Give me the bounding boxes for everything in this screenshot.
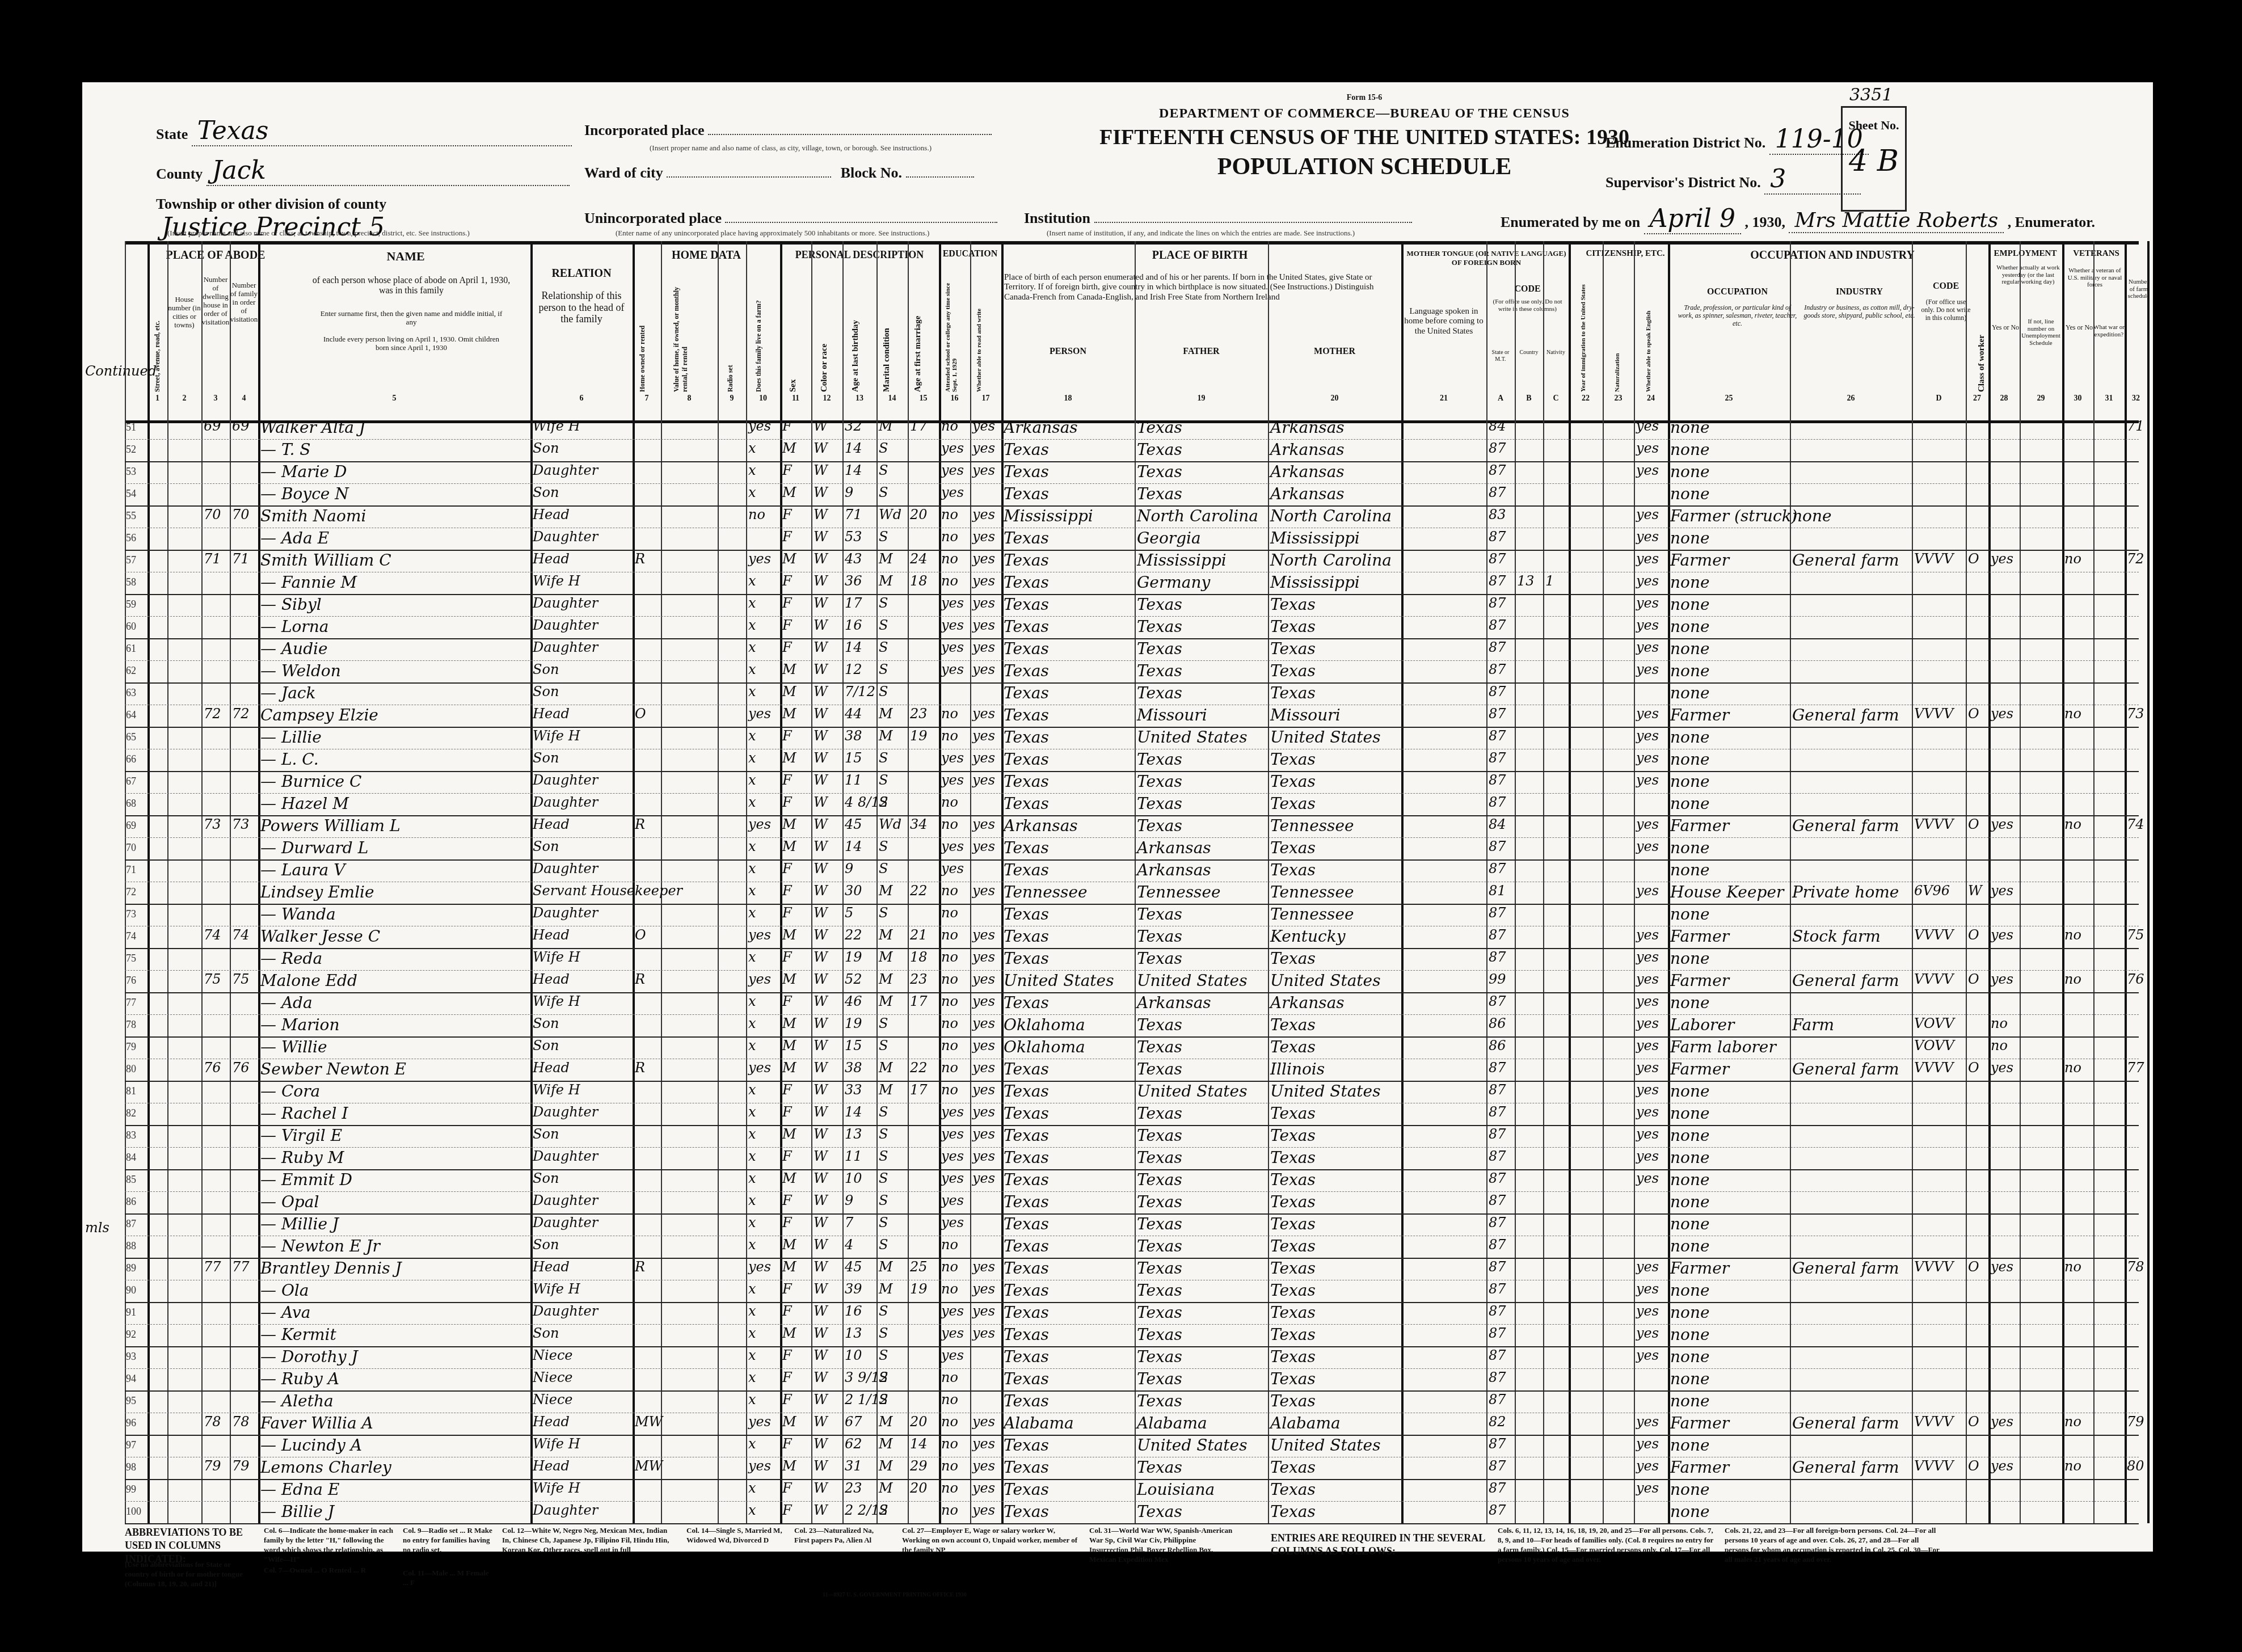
cell-sch: yes bbox=[941, 1148, 964, 1164]
cell-cls: O bbox=[1968, 927, 1979, 943]
cell-rel: Son bbox=[533, 684, 559, 699]
cell-mar: M bbox=[879, 551, 893, 567]
cell-name: Smith Naomi bbox=[260, 507, 366, 525]
cell-occ: none bbox=[1670, 1215, 1710, 1233]
table-row: 58— Fannie MWife HxFW36M18noyesTexasGerm… bbox=[125, 572, 2139, 595]
cell-sch: yes bbox=[941, 661, 964, 677]
cell-fbp: United States bbox=[1137, 728, 1248, 747]
cell-mar: M bbox=[879, 1458, 893, 1474]
cell-sch: no bbox=[941, 1502, 958, 1518]
cell-occ: none bbox=[1670, 529, 1710, 547]
cell-age: 30 bbox=[845, 883, 862, 899]
cell-age: 12 bbox=[845, 661, 862, 677]
cell-bp: Texas bbox=[1004, 1502, 1049, 1521]
cell-vet: no bbox=[2064, 1414, 2081, 1430]
cell-eng: yes bbox=[1636, 462, 1659, 478]
table-row: 91— AvaDaughterxFW16SyesyesTexasTexasTex… bbox=[125, 1302, 2139, 1325]
cell-sch: no bbox=[941, 949, 958, 965]
institution-label: Institution bbox=[1024, 210, 1090, 226]
cell-farm: x bbox=[748, 1369, 756, 1385]
cell-codeA: 87 bbox=[1489, 440, 1506, 456]
table-row: 557070Smith NaomiHeadnoFW71Wd20noyesMiss… bbox=[125, 505, 2139, 528]
cell-name: — Jack bbox=[260, 684, 315, 702]
cell-bp: Texas bbox=[1004, 440, 1049, 459]
cell-farm: yes bbox=[748, 706, 771, 722]
cell-read: yes bbox=[972, 661, 995, 677]
cell-name: — Laura V bbox=[260, 861, 345, 879]
cell-race: W bbox=[814, 1060, 828, 1076]
column-number: 16 bbox=[939, 394, 970, 403]
cell-sex: F bbox=[782, 1480, 792, 1496]
population-table: PLACE OF ABODE NAME RELATION HOME DATA P… bbox=[125, 241, 2139, 1518]
cell-occ: Farmer bbox=[1670, 927, 1729, 946]
cell-read: yes bbox=[972, 529, 995, 545]
cell-sch: yes bbox=[941, 1126, 964, 1142]
cell-read: yes bbox=[972, 1480, 995, 1496]
cell-codeA: 87 bbox=[1489, 728, 1506, 744]
column-number: 25 bbox=[1668, 394, 1790, 403]
line-number: 67 bbox=[126, 776, 136, 787]
cell-name: Walker Alta J bbox=[260, 418, 365, 437]
cell-mbp: Texas bbox=[1270, 1126, 1316, 1145]
column-number-row: 123456789101112131415161718192021ABC2223… bbox=[125, 241, 2139, 411]
cell-farm: x bbox=[748, 750, 756, 766]
cell-name: — Aletha bbox=[260, 1392, 334, 1410]
cell-codeA: 87 bbox=[1489, 750, 1506, 766]
cell-fbp: Texas bbox=[1137, 617, 1182, 636]
cell-fbp: Germany bbox=[1137, 573, 1210, 592]
cell-occ: none bbox=[1670, 1082, 1710, 1101]
cell-rel: Niece bbox=[533, 1347, 573, 1363]
cell-sex: M bbox=[782, 1458, 796, 1474]
sheet-value: 4 B bbox=[1843, 144, 1905, 178]
cell-fbp: Tennessee bbox=[1137, 883, 1221, 901]
cell-sch: no bbox=[941, 816, 958, 832]
column-number: 26 bbox=[1790, 394, 1912, 403]
cell-race: W bbox=[814, 772, 828, 788]
cell-rel: Head bbox=[533, 927, 570, 943]
cell-eng: yes bbox=[1636, 1281, 1659, 1297]
cell-codeA: 87 bbox=[1489, 1237, 1506, 1253]
cell-own: R bbox=[635, 551, 645, 567]
cell-mbp: Texas bbox=[1270, 617, 1316, 636]
cell-ind: none bbox=[1792, 507, 1832, 525]
cell-read: yes bbox=[972, 706, 995, 722]
incorporated-value bbox=[708, 134, 992, 135]
cell-rel: Daughter bbox=[533, 462, 598, 478]
line-number: 68 bbox=[126, 798, 136, 810]
table-row: 516969Walker Alta JWife HyesFW32M17noyes… bbox=[125, 417, 2139, 440]
cell-dw: 72 bbox=[204, 706, 221, 722]
cell-farm: x bbox=[748, 1126, 756, 1142]
cell-ind: General farm bbox=[1792, 1259, 1899, 1278]
cell-rel: Head bbox=[533, 551, 570, 567]
cell-own: O bbox=[635, 927, 646, 943]
line-number: 58 bbox=[126, 576, 136, 588]
cell-vet: no bbox=[2064, 706, 2081, 722]
cell-mbp: Arkansas bbox=[1270, 440, 1345, 459]
cell-fbp: Texas bbox=[1137, 1237, 1182, 1255]
cell-sch: yes bbox=[941, 440, 964, 456]
cell-codeA: 87 bbox=[1489, 1060, 1506, 1076]
cell-occ: Farmer (struck) bbox=[1670, 507, 1798, 525]
cell-read: yes bbox=[972, 728, 995, 744]
line-number: 81 bbox=[126, 1085, 136, 1097]
table-row: 72Lindsey EmlieServant HousekeeperxFW30M… bbox=[125, 882, 2139, 905]
cell-fbp: Texas bbox=[1137, 1369, 1182, 1388]
cell-farm: x bbox=[748, 883, 756, 899]
cell-eng: yes bbox=[1636, 507, 1659, 522]
cell-eng: yes bbox=[1636, 706, 1659, 722]
cell-read: yes bbox=[972, 462, 995, 478]
cell-mar: M bbox=[879, 1082, 893, 1098]
cell-eng: yes bbox=[1636, 1082, 1659, 1098]
table-row: 53— Marie DDaughterxFW14SyesyesTexasTexa… bbox=[125, 461, 2139, 484]
table-row: 70— Durward LSonxMW14SyesyesTexasArkansa… bbox=[125, 837, 2139, 861]
cell-sex: F bbox=[782, 529, 792, 545]
cell-mar: S bbox=[879, 1325, 888, 1341]
cell-sch: no bbox=[941, 728, 958, 744]
cell-occ: none bbox=[1670, 1347, 1710, 1366]
ward-label: Ward of city bbox=[584, 165, 663, 181]
cell-farm: yes bbox=[748, 1060, 771, 1076]
cell-name: Lindsey Emlie bbox=[260, 883, 374, 901]
cell-age: 33 bbox=[845, 1082, 862, 1098]
cell-name: — Fannie M bbox=[260, 573, 357, 592]
entries-title: ENTRIES ARE REQUIRED IN THE SEVERAL COLU… bbox=[1271, 1532, 1486, 1558]
column-number: 5 bbox=[258, 394, 530, 403]
cell-codeA: 99 bbox=[1489, 971, 1506, 987]
cell-dw: 76 bbox=[204, 1060, 221, 1076]
cell-mar: S bbox=[879, 1392, 888, 1407]
cell-farmsch: 78 bbox=[2127, 1259, 2144, 1275]
cell-mbp: Tennessee bbox=[1270, 816, 1354, 835]
cell-mbp: Texas bbox=[1270, 1458, 1316, 1477]
cell-bp: Texas bbox=[1004, 1303, 1049, 1322]
cell-mbp: Tennessee bbox=[1270, 883, 1354, 901]
cell-occ: none bbox=[1670, 418, 1710, 437]
cell-age: 45 bbox=[845, 1259, 862, 1275]
cell-dw: 78 bbox=[204, 1414, 221, 1430]
cell-occ: none bbox=[1670, 794, 1710, 813]
line-number: 59 bbox=[126, 599, 136, 610]
cell-occ: none bbox=[1670, 1303, 1710, 1322]
cell-own: R bbox=[635, 816, 645, 832]
cell-age: 53 bbox=[845, 529, 862, 545]
column-number: 3 bbox=[201, 394, 230, 403]
table-row: 82— Rachel IDaughterxFW14SyesyesTexasTex… bbox=[125, 1103, 2139, 1126]
cell-race: W bbox=[814, 1458, 828, 1474]
cell-race: W bbox=[814, 883, 828, 899]
table-row: 63— JackSonxMW7/12STexasTexasTexas87none bbox=[125, 682, 2139, 705]
cell-codeA: 82 bbox=[1489, 1414, 1506, 1430]
cell-farm: x bbox=[748, 617, 756, 633]
line-number: 79 bbox=[126, 1041, 136, 1053]
cell-mbp: Texas bbox=[1270, 661, 1316, 680]
cell-occ: none bbox=[1670, 1281, 1710, 1300]
cell-fbp: Texas bbox=[1137, 1148, 1182, 1167]
cell-farmsch: 76 bbox=[2127, 971, 2144, 987]
cell-farm: x bbox=[748, 1170, 756, 1186]
cell-eng: yes bbox=[1636, 1126, 1659, 1142]
cell-mbp: Texas bbox=[1270, 1015, 1316, 1034]
line-number: 72 bbox=[126, 886, 136, 898]
cell-codeA: 87 bbox=[1489, 1502, 1506, 1518]
cell-ind: General farm bbox=[1792, 706, 1899, 724]
cell-fbp: Texas bbox=[1137, 639, 1182, 658]
cell-farm: x bbox=[748, 639, 756, 655]
cell-rel: Son bbox=[533, 1015, 559, 1031]
state-value: Texas bbox=[192, 116, 572, 146]
cell-sch: no bbox=[941, 551, 958, 567]
cell-eng: yes bbox=[1636, 949, 1659, 965]
cell-own: O bbox=[635, 706, 646, 722]
abbrev-note: [Use no abbreviations for State or count… bbox=[125, 1560, 255, 1589]
column-number: 27 bbox=[1966, 394, 1988, 403]
cell-sex: F bbox=[782, 1148, 792, 1164]
cell-read: yes bbox=[972, 1015, 995, 1031]
cell-farmsch: 75 bbox=[2127, 927, 2144, 943]
cell-race: W bbox=[814, 1480, 828, 1496]
cell-name: — Emmit D bbox=[260, 1170, 352, 1189]
cell-work: yes bbox=[1991, 551, 2013, 567]
cell-mar: M bbox=[879, 883, 893, 899]
cell-name: Faver Willia A bbox=[260, 1414, 373, 1432]
cell-rel: Head bbox=[533, 706, 570, 722]
cell-farm: no bbox=[748, 507, 765, 522]
cell-eng: yes bbox=[1636, 1347, 1659, 1363]
cell-rel: Daughter bbox=[533, 1104, 598, 1120]
line-number: 51 bbox=[126, 422, 136, 433]
cell-rel: Head bbox=[533, 816, 570, 832]
cell-work: yes bbox=[1991, 971, 2013, 987]
cell-name: — Newton E Jr bbox=[260, 1237, 380, 1255]
census-title: FIFTEENTH CENSUS OF THE UNITED STATES: 1… bbox=[1081, 125, 1648, 150]
cell-mbp: Missouri bbox=[1270, 706, 1341, 724]
cell-fbp: Texas bbox=[1137, 462, 1182, 481]
cell-rel: Daughter bbox=[533, 1502, 598, 1518]
cell-mar: S bbox=[879, 905, 888, 921]
cell-sex: F bbox=[782, 617, 792, 633]
cell-cls: O bbox=[1968, 706, 1979, 722]
cell-race: W bbox=[814, 418, 828, 434]
cell-fbp: United States bbox=[1137, 1082, 1248, 1101]
cell-codeD: VOVV bbox=[1914, 1038, 1954, 1053]
county-value: Jack bbox=[206, 156, 570, 186]
cell-name: — Dorothy J bbox=[260, 1347, 358, 1366]
cell-mar: S bbox=[879, 661, 888, 677]
cell-mar: S bbox=[879, 529, 888, 545]
table-row: 60— LornaDaughterxFW16SyesyesTexasTexasT… bbox=[125, 616, 2139, 639]
cell-bp: Texas bbox=[1004, 1281, 1049, 1300]
cell-sex: F bbox=[782, 1303, 792, 1319]
cell-mbp: United States bbox=[1270, 971, 1381, 990]
table-row: 697373Powers William LHeadRyesMW45Wd34no… bbox=[125, 815, 2139, 838]
column-number: 7 bbox=[633, 394, 661, 403]
cell-race: W bbox=[814, 639, 828, 655]
cell-vet: no bbox=[2064, 1060, 2081, 1076]
cell-cls: O bbox=[1968, 1458, 1979, 1474]
ward-value bbox=[667, 176, 831, 178]
cell-sch: yes bbox=[941, 595, 964, 611]
cell-race: W bbox=[814, 1325, 828, 1341]
cell-sex: F bbox=[782, 1192, 792, 1208]
county-label: County bbox=[156, 166, 203, 182]
cell-sch: yes bbox=[941, 639, 964, 655]
cell-fbp: Texas bbox=[1137, 1392, 1182, 1410]
cell-age: 23 bbox=[845, 1480, 862, 1496]
cell-occ: Farmer bbox=[1670, 706, 1729, 724]
cell-bp: Texas bbox=[1004, 551, 1049, 570]
cell-fbp: Texas bbox=[1137, 816, 1182, 835]
cell-read: yes bbox=[972, 750, 995, 766]
cell-occ: none bbox=[1670, 772, 1710, 791]
cell-eng: yes bbox=[1636, 1303, 1659, 1319]
cell-work: yes bbox=[1991, 883, 2013, 899]
cell-read: yes bbox=[972, 440, 995, 456]
cell-mar: S bbox=[879, 1170, 888, 1186]
cell-occ: none bbox=[1670, 617, 1710, 636]
cell-ind: General farm bbox=[1792, 1458, 1899, 1477]
cell-rel: Daughter bbox=[533, 905, 598, 921]
cell-sch: no bbox=[941, 883, 958, 899]
cell-fam: 78 bbox=[232, 1414, 250, 1430]
cell-eng: yes bbox=[1636, 816, 1659, 832]
cell-codeA: 87 bbox=[1489, 617, 1506, 633]
cell-read: yes bbox=[972, 1502, 995, 1518]
cell-age: 13 bbox=[845, 1126, 862, 1142]
cell-eng: yes bbox=[1636, 440, 1659, 456]
cell-read: yes bbox=[972, 816, 995, 832]
abbrev-col11: Col. 11—Male ... M Female ... F bbox=[403, 1569, 494, 1588]
cell-rel: Daughter bbox=[533, 617, 598, 633]
cell-farmsch: 80 bbox=[2127, 1458, 2144, 1474]
cell-mbp: Texas bbox=[1270, 639, 1316, 658]
cell-bp: Texas bbox=[1004, 1237, 1049, 1255]
cell-farm: x bbox=[748, 1192, 756, 1208]
cell-farm: x bbox=[748, 1502, 756, 1518]
cell-agem: 19 bbox=[910, 1281, 928, 1297]
cell-name: — Lillie bbox=[260, 728, 322, 747]
cell-occ: none bbox=[1670, 440, 1710, 459]
cell-mbp: Texas bbox=[1270, 595, 1316, 614]
cell-occ: none bbox=[1670, 949, 1710, 968]
line-number: 75 bbox=[126, 953, 136, 964]
cell-read: yes bbox=[972, 1259, 995, 1275]
cell-age: 62 bbox=[845, 1436, 862, 1452]
cell-fbp: North Carolina bbox=[1137, 507, 1258, 525]
column-number: D bbox=[1912, 394, 1966, 403]
cell-occ: none bbox=[1670, 573, 1710, 592]
cell-race: W bbox=[814, 1170, 828, 1186]
cell-name: Campsey Elzie bbox=[260, 706, 378, 724]
cell-occ: none bbox=[1670, 1436, 1710, 1455]
cell-name: — Virgil E bbox=[260, 1126, 342, 1145]
cell-mar: S bbox=[879, 750, 888, 766]
cell-agem: 17 bbox=[910, 418, 928, 434]
cell-codeA: 87 bbox=[1489, 684, 1506, 699]
cell-age: 14 bbox=[845, 1104, 862, 1120]
cell-bp: Texas bbox=[1004, 484, 1049, 503]
cell-name: Lemons Charley bbox=[260, 1458, 391, 1477]
state-label: State bbox=[156, 126, 188, 142]
cell-age: 38 bbox=[845, 728, 862, 744]
cell-bp: Texas bbox=[1004, 750, 1049, 769]
cell-race: W bbox=[814, 861, 828, 876]
cell-eng: yes bbox=[1636, 971, 1659, 987]
cell-bp: Mississippi bbox=[1004, 507, 1093, 525]
cell-codeA: 87 bbox=[1489, 1480, 1506, 1496]
cell-bp: Texas bbox=[1004, 639, 1049, 658]
column-number: 8 bbox=[661, 394, 718, 403]
cell-codeA: 87 bbox=[1489, 1303, 1506, 1319]
table-row: 87— Millie JDaughterxFW7SyesTexasTexasTe… bbox=[125, 1213, 2139, 1236]
abbrev-col31: Col. 31—World War WW, Spanish-American W… bbox=[1089, 1526, 1237, 1565]
cell-bp: Texas bbox=[1004, 1392, 1049, 1410]
cell-age: 10 bbox=[845, 1170, 862, 1186]
cell-farm: yes bbox=[748, 1458, 771, 1474]
table-row: 987979Lemons CharleyHeadMWyesMW31M29noye… bbox=[125, 1457, 2139, 1480]
cell-fbp: Alabama bbox=[1137, 1414, 1207, 1432]
cell-rel: Wife H bbox=[533, 418, 580, 434]
cell-occ: none bbox=[1670, 484, 1710, 503]
institution-field: Institution bbox=[1024, 210, 1412, 227]
cell-farm: x bbox=[748, 484, 756, 500]
table-row: 85— Emmit DSonxMW10SyesyesTexasTexasTexa… bbox=[125, 1169, 2139, 1192]
cell-race: W bbox=[814, 838, 828, 854]
cell-mar: M bbox=[879, 418, 893, 434]
cell-occ: none bbox=[1670, 1104, 1710, 1123]
column-number: 17 bbox=[970, 394, 1001, 403]
cell-sex: F bbox=[782, 1215, 792, 1230]
line-number: 82 bbox=[126, 1107, 136, 1119]
cell-eng: yes bbox=[1636, 927, 1659, 943]
cell-age: 44 bbox=[845, 706, 862, 722]
cell-codeA: 87 bbox=[1489, 661, 1506, 677]
line-number: 98 bbox=[126, 1461, 136, 1473]
incorporated-label: Incorporated place bbox=[584, 122, 705, 138]
cell-fbp: Texas bbox=[1137, 772, 1182, 791]
cell-rel: Wife H bbox=[533, 1436, 580, 1452]
cell-work: no bbox=[1991, 1038, 2008, 1053]
cell-sex: M bbox=[782, 1060, 796, 1076]
cell-mar: M bbox=[879, 706, 893, 722]
cell-age: 11 bbox=[845, 1148, 862, 1164]
cell-dw: 79 bbox=[204, 1458, 221, 1474]
cell-occ: Farmer bbox=[1670, 1458, 1729, 1477]
cell-age: 15 bbox=[845, 750, 862, 766]
cell-agem: 20 bbox=[910, 1414, 928, 1430]
cell-sex: F bbox=[782, 1281, 792, 1297]
cell-farm: x bbox=[748, 440, 756, 456]
line-number: 76 bbox=[126, 975, 136, 987]
cell-race: W bbox=[814, 1369, 828, 1385]
cell-rel: Son bbox=[533, 1325, 559, 1341]
cell-codeA: 87 bbox=[1489, 551, 1506, 567]
enumerator-label: , Enumerator. bbox=[2008, 214, 2095, 230]
cell-rel: Daughter bbox=[533, 861, 598, 876]
cell-name: — Millie J bbox=[260, 1215, 339, 1233]
cell-rel: Son bbox=[533, 440, 559, 456]
table-row: 73— WandaDaughterxFW5SnoTexasTexasTennes… bbox=[125, 904, 2139, 926]
cell-read: yes bbox=[972, 573, 995, 589]
cell-codeB: 13 bbox=[1517, 573, 1535, 589]
cell-codeA: 87 bbox=[1489, 949, 1506, 965]
cell-occ: none bbox=[1670, 639, 1710, 658]
cell-rel: Head bbox=[533, 1414, 570, 1430]
cell-eng: yes bbox=[1636, 1170, 1659, 1186]
cell-race: W bbox=[814, 816, 828, 832]
